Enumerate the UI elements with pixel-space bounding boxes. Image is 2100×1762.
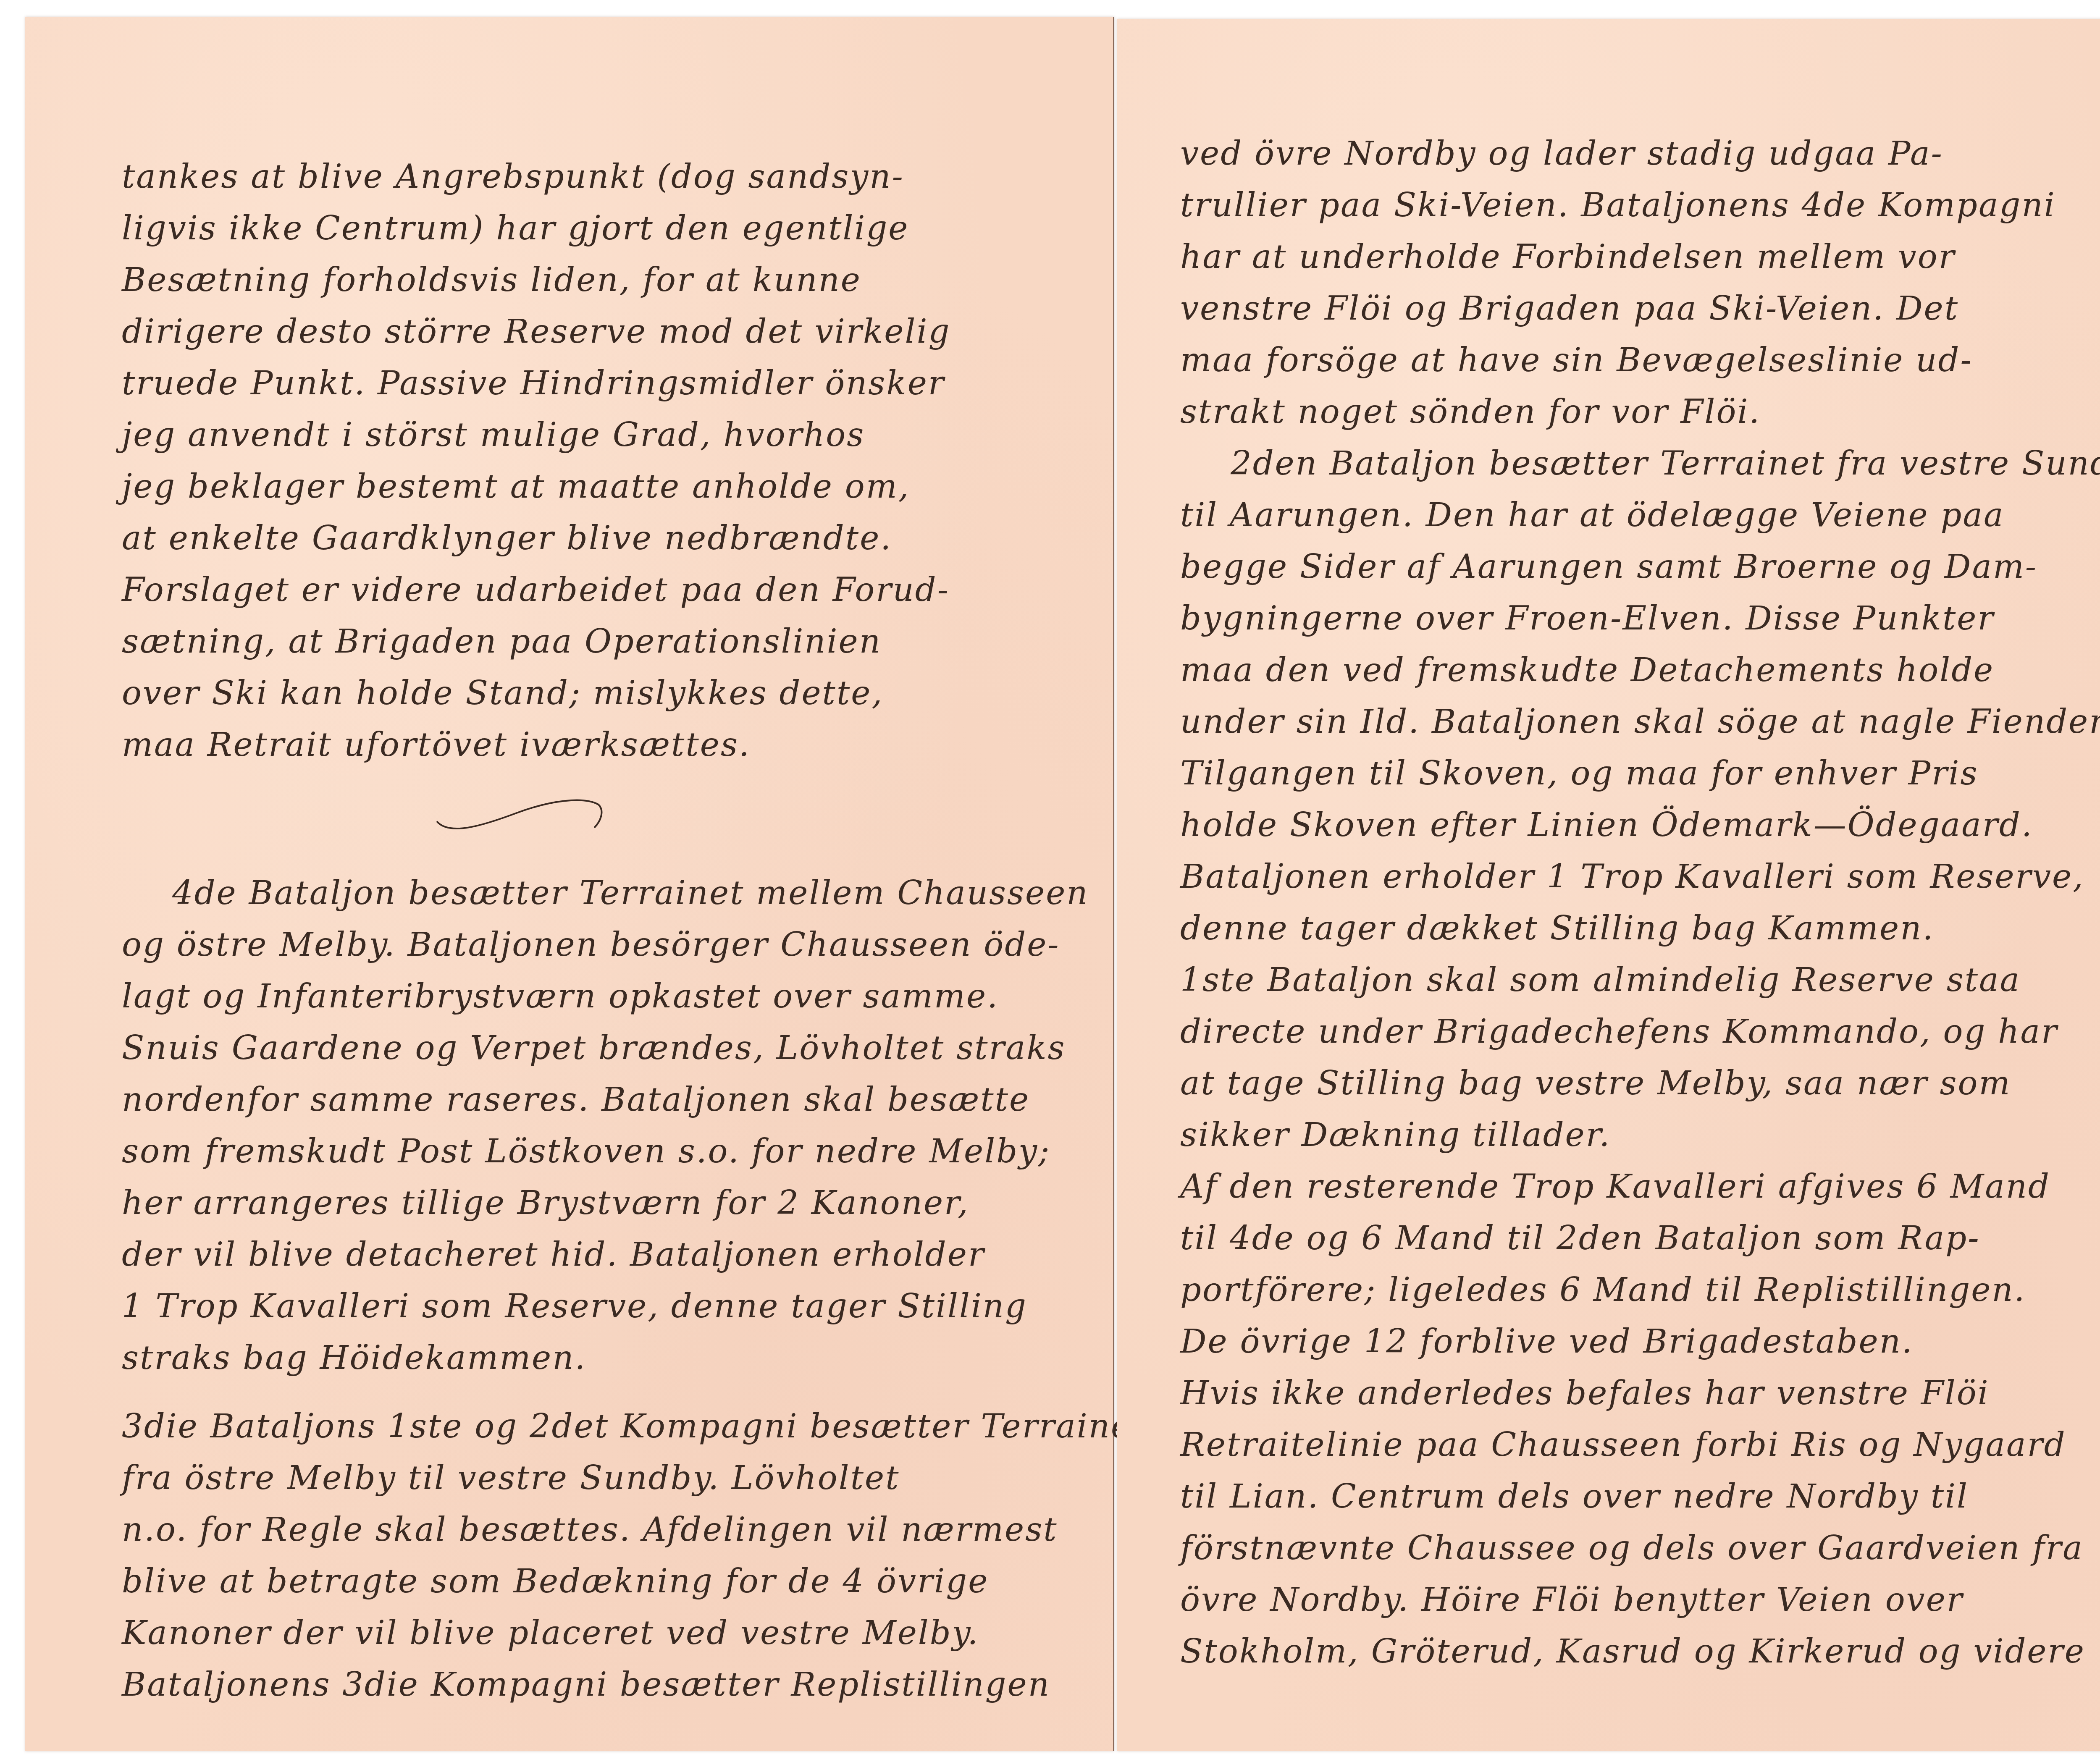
paragraph-3: 3die Bataljons 1ste og 2det Kompagni bes…	[122, 1401, 1071, 1711]
text-line: at tage Stilling bag vestre Melby, saa n…	[1180, 1058, 2100, 1109]
text-line: lagt og Infanteribrystværn opkastet over…	[122, 971, 1071, 1023]
text-line: holde Skoven efter Linien Ödemark—Ödegaa…	[1180, 800, 2100, 851]
text-line: under sin Ild. Bataljonen skal söge at n…	[1180, 696, 2100, 748]
text-line: strakt noget sönden for vor Flöi.	[1180, 386, 2100, 438]
text-line: fra östre Melby til vestre Sundby. Lövho…	[122, 1453, 1071, 1504]
text-line: truede Punkt. Passive Hindringsmidler ön…	[122, 358, 1071, 409]
text-line: portförere; ligeledes 6 Mand til Replist…	[1180, 1264, 2100, 1316]
text-line: over Ski kan holde Stand; mislykkes dett…	[122, 668, 1071, 719]
text-line: dirigere desto större Reserve mod det vi…	[122, 306, 1071, 358]
flourish-divider-icon	[433, 796, 609, 834]
text-line: övre Nordby. Höire Flöi benytter Veien o…	[1180, 1574, 2100, 1626]
text-line: har at underholde Forbindelsen mellem vo…	[1180, 231, 2100, 283]
paragraph-2: 2den Bataljon besætter Terrainet fra ves…	[1180, 438, 2100, 954]
text-line: bygningerne over Froen-Elven. Disse Punk…	[1180, 593, 2100, 645]
paragraph-1: ved övre Nordby og lader stadig udgaa Pa…	[1180, 128, 2100, 438]
text-line: maa Retrait ufortövet iværksættes.	[122, 719, 1071, 771]
left-page-text: tankes at blive Angrebspunkt (dog sandsy…	[122, 151, 1071, 1711]
text-line: Kanoner der vil blive placeret ved vestr…	[122, 1607, 1071, 1659]
text-line: 4de Bataljon besætter Terrainet mellem C…	[122, 868, 1071, 919]
text-line: nordenfor samme raseres. Bataljonen skal…	[122, 1074, 1071, 1126]
text-line: ligvis ikke Centrum) har gjort den egent…	[122, 203, 1071, 254]
text-line: her arrangeres tillige Brystværn for 2 K…	[122, 1177, 1071, 1229]
right-page-text: ved övre Nordby og lader stadig udgaa Pa…	[1180, 128, 2100, 1678]
text-line: blive at betragte som Bedækning for de 4…	[122, 1556, 1071, 1607]
text-line: maa den ved fremskudte Detachements hold…	[1180, 645, 2100, 696]
text-line: til Aarungen. Den har at ödelægge Veiene…	[1180, 490, 2100, 541]
text-line: begge Sider af Aarungen samt Broerne og …	[1180, 541, 2100, 593]
text-line: maa forsöge at have sin Bevægelseslinie …	[1180, 335, 2100, 386]
text-line: til 4de og 6 Mand til 2den Bataljon som …	[1180, 1213, 2100, 1264]
text-line: Forslaget er videre udarbeidet paa den F…	[122, 564, 1071, 616]
section-divider	[122, 771, 1071, 868]
text-line: sikker Dækning tillader.	[1180, 1109, 2100, 1161]
text-line: jeg beklager bestemt at maatte anholde o…	[122, 461, 1071, 513]
text-line: Tilgangen til Skoven, og maa for enhver …	[1180, 748, 2100, 800]
text-line: ved övre Nordby og lader stadig udgaa Pa…	[1180, 128, 2100, 180]
text-line: 1ste Bataljon skal som almindelig Reserv…	[1180, 954, 2100, 1006]
text-line: jeg anvendt i störst mulige Grad, hvorho…	[122, 409, 1071, 461]
text-line: förstnævnte Chaussee og dels over Gaardv…	[1180, 1523, 2100, 1574]
text-line: Hvis ikke anderledes befales har venstre…	[1180, 1368, 2100, 1419]
text-line: straks bag Höidekammen.	[122, 1332, 1071, 1384]
text-line: 3die Bataljons 1ste og 2det Kompagni bes…	[122, 1401, 1071, 1453]
text-line: Snuis Gaardene og Verpet brændes, Lövhol…	[122, 1023, 1071, 1074]
text-line: directe under Brigadechefens Kommando, o…	[1180, 1006, 2100, 1058]
text-line: tankes at blive Angrebspunkt (dog sandsy…	[122, 151, 1071, 203]
right-page: ved övre Nordby og lader stadig udgaa Pa…	[1117, 19, 2100, 1751]
text-line: sætning, at Brigaden paa Operationslinie…	[122, 616, 1071, 668]
text-line: Retraitelinie paa Chausseen forbi Ris og…	[1180, 1419, 2100, 1471]
text-line: at enkelte Gaardklynger blive nedbrændte…	[122, 513, 1071, 564]
text-line: til Lian. Centrum dels over nedre Nordby…	[1180, 1471, 2100, 1523]
text-line: der vil blive detacheret hid. Bataljonen…	[122, 1229, 1071, 1281]
paragraph-3: 1ste Bataljon skal som almindelig Reserv…	[1180, 954, 2100, 1161]
text-line: og östre Melby. Bataljonen besörger Chau…	[122, 919, 1071, 971]
text-line: Besætning forholdsvis liden, for at kunn…	[122, 254, 1071, 306]
paragraph-1: tankes at blive Angrebspunkt (dog sandsy…	[122, 151, 1071, 771]
text-line: trullier paa Ski-Veien. Bataljonens 4de …	[1180, 180, 2100, 231]
text-line: denne tager dækket Stilling bag Kammen.	[1180, 903, 2100, 954]
text-line: Af den resterende Trop Kavalleri afgives…	[1180, 1161, 2100, 1213]
text-line: Bataljonens 3die Kompagni besætter Repli…	[122, 1659, 1071, 1711]
paragraph-4: Af den resterende Trop Kavalleri afgives…	[1180, 1161, 2100, 1368]
paragraph-5: Hvis ikke anderledes befales har venstre…	[1180, 1368, 2100, 1678]
text-line: 2den Bataljon besætter Terrainet fra ves…	[1180, 438, 2100, 490]
paragraph-gap	[122, 1384, 1071, 1401]
text-line: 1 Trop Kavalleri som Reserve, denne tage…	[122, 1281, 1071, 1332]
text-line: Bataljonen erholder 1 Trop Kavalleri som…	[1180, 851, 2100, 903]
text-line: Stokholm, Gröterud, Kasrud og Kirkerud o…	[1180, 1626, 2100, 1678]
text-line: De övrige 12 forblive ved Brigadestaben.	[1180, 1316, 2100, 1368]
text-line: n.o. for Regle skal besættes. Afdelingen…	[122, 1504, 1071, 1556]
paragraph-2: 4de Bataljon besætter Terrainet mellem C…	[122, 868, 1071, 1384]
left-page: tankes at blive Angrebspunkt (dog sandsy…	[25, 17, 1114, 1751]
text-line: som fremskudt Post Löstkoven s.o. for ne…	[122, 1126, 1071, 1177]
text-line: venstre Flöi og Brigaden paa Ski-Veien. …	[1180, 283, 2100, 335]
